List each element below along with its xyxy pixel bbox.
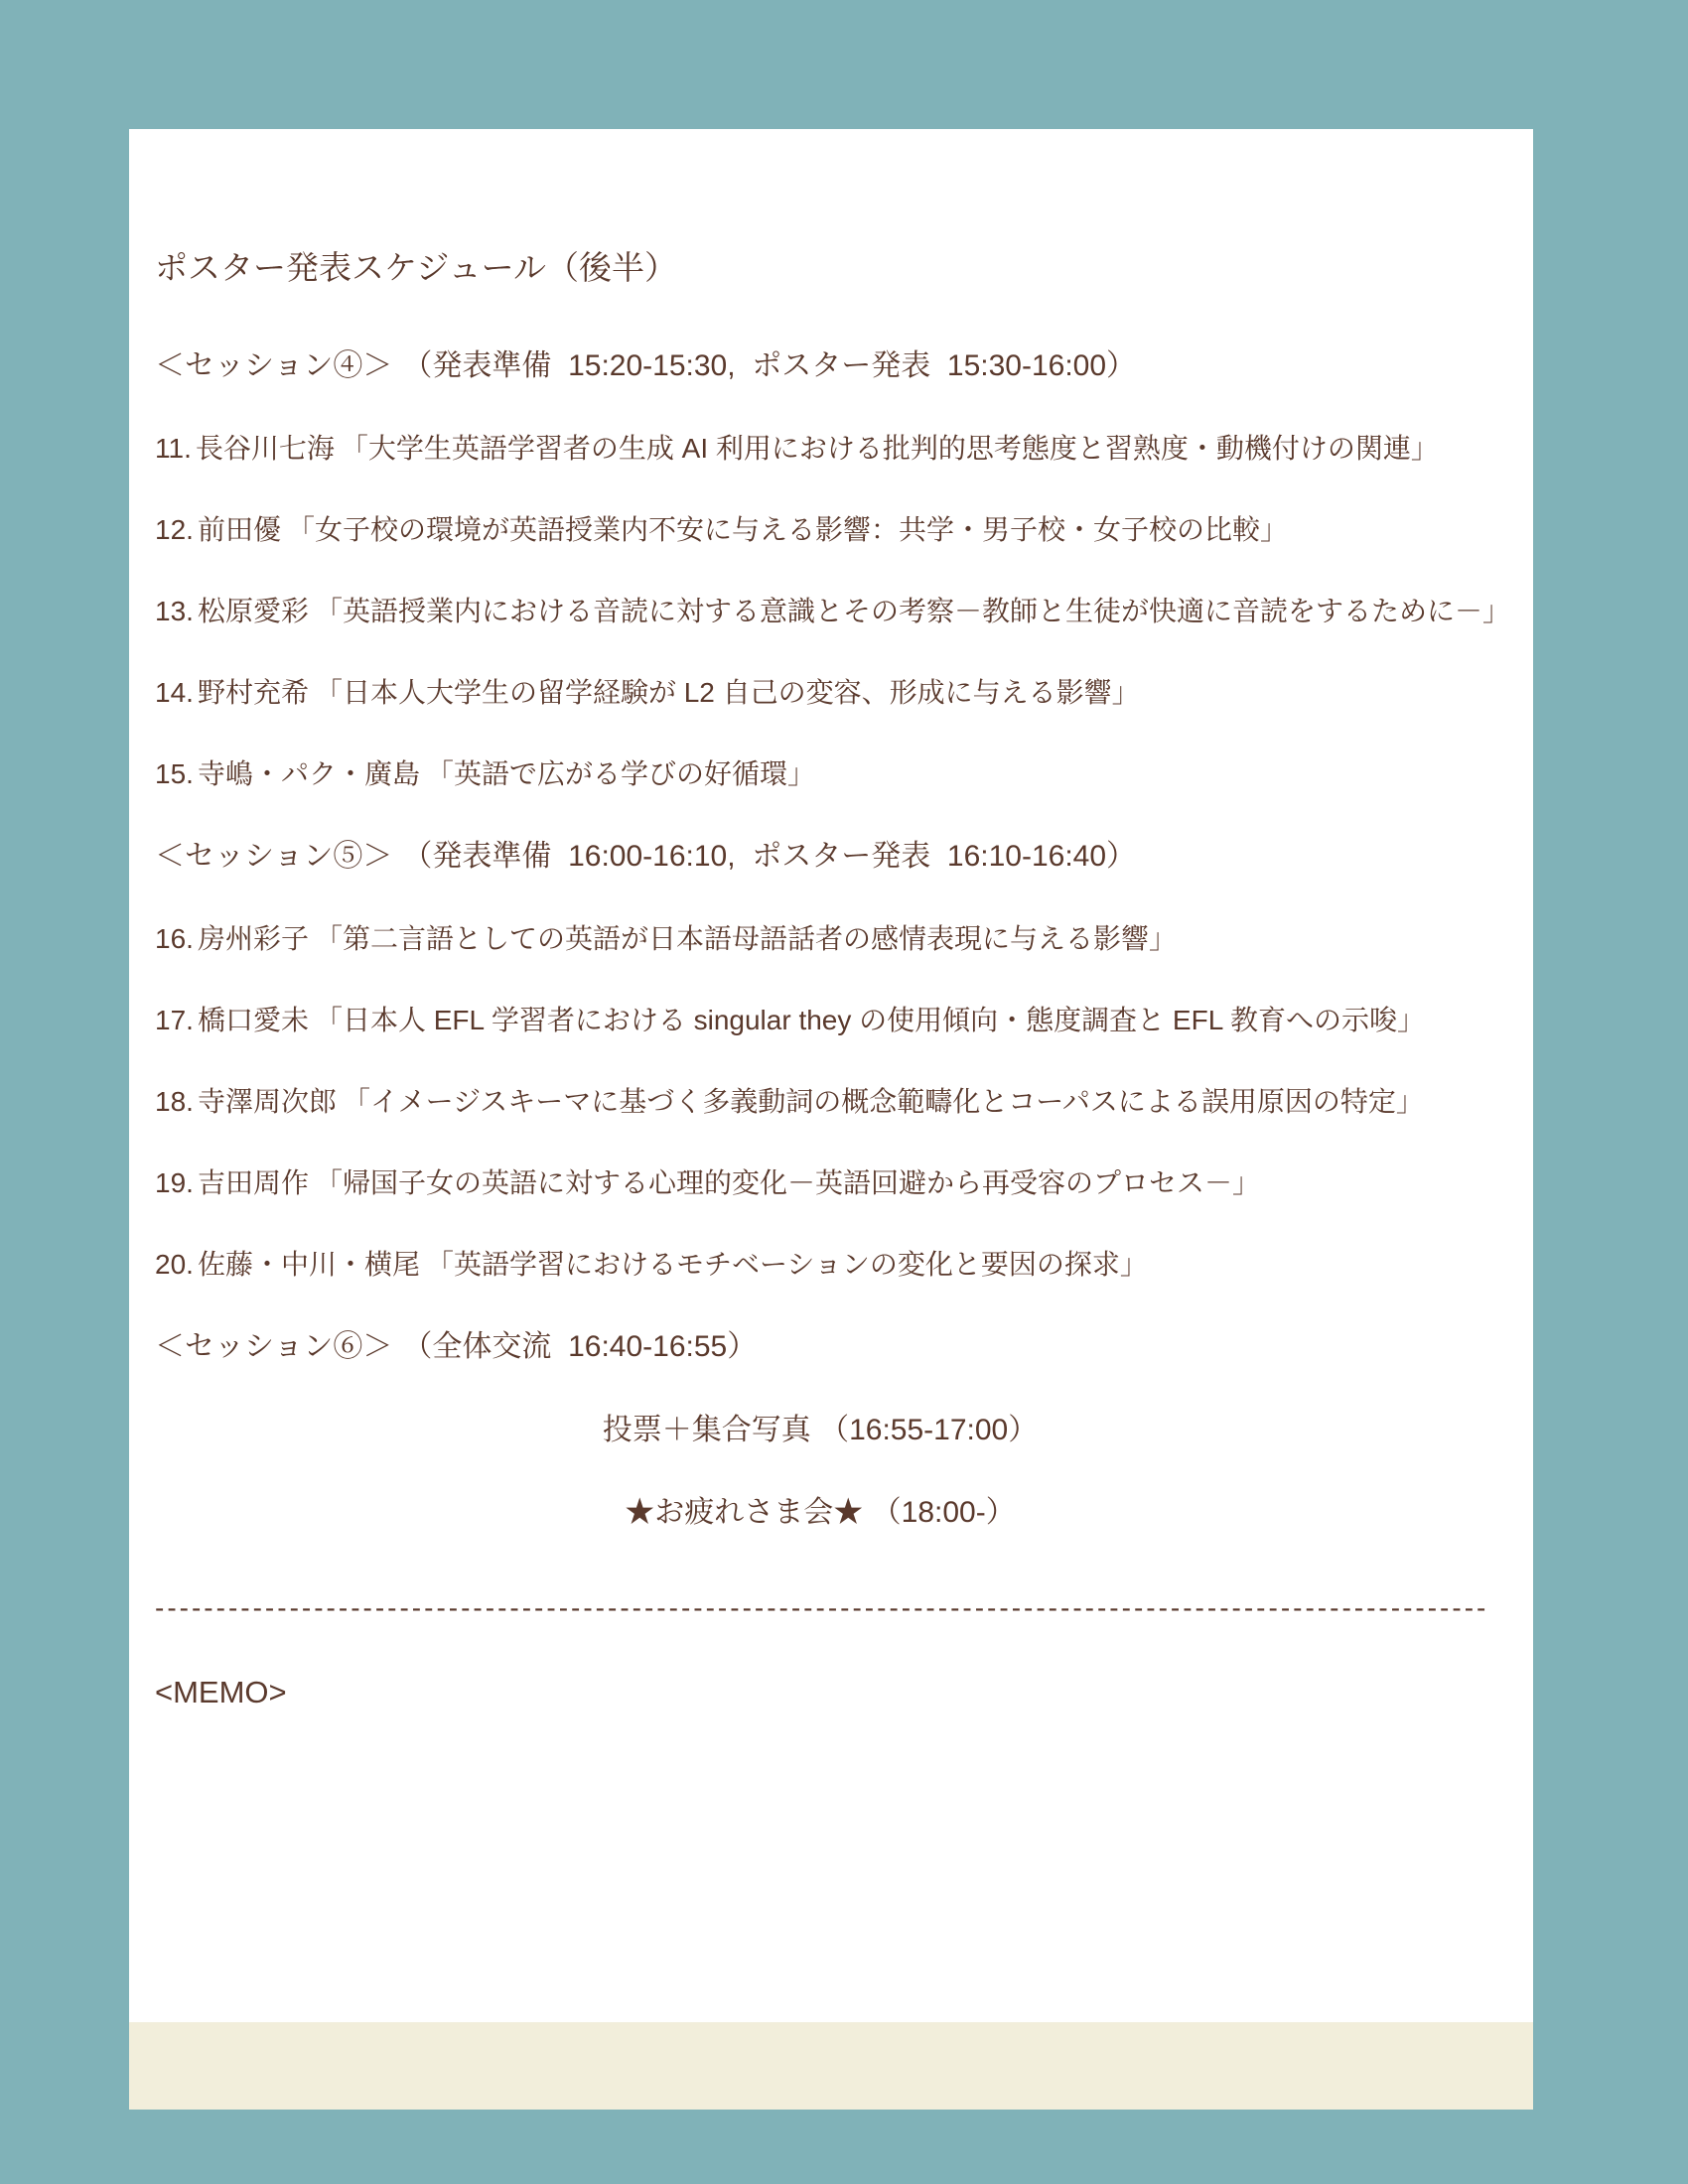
- item-number: 16.: [155, 923, 194, 954]
- page-title: ポスター発表スケジュール（後半）: [155, 246, 1485, 290]
- item-presenter: 佐藤・中川・横尾: [198, 1249, 420, 1280]
- session-4-label: ＜セッション④＞: [155, 349, 392, 382]
- item-presenter: 長谷川七海: [196, 433, 335, 464]
- item-number: 13.: [155, 596, 194, 626]
- item-presenter: 寺嶋・パク・廣島: [198, 758, 420, 789]
- item-number: 17.: [155, 1005, 194, 1035]
- session-6-label: ＜セッション⑥＞: [155, 1330, 392, 1363]
- document-content: ポスター発表スケジュール（後半） ＜セッション④＞（発表準備 15:20-15:…: [129, 129, 1533, 1713]
- item-title: 「英語で広がる学びの好循環」: [426, 758, 815, 789]
- item-presenter: 寺澤周次郎: [198, 1086, 337, 1117]
- item-presenter: 吉田周作: [198, 1167, 309, 1198]
- item-title: 「日本人大学生の留学経験が L2 自己の変容、形成に与える影響」: [315, 677, 1140, 708]
- item-title: 「第二言語としての英語が日本語母語話者の感情表現に与える影響」: [315, 923, 1177, 954]
- item-presenter: 橋口愛未: [198, 1005, 309, 1035]
- item-title: 「日本人 EFL 学習者における singular they の使用傾向・態度調…: [315, 1005, 1425, 1035]
- item-presenter: 松原愛彩: [198, 596, 309, 626]
- footer-accent-bar: [129, 2022, 1533, 2110]
- item-title: 「女子校の環境が英語授業内不安に与える影響：共学・男子校・女子校の比較」: [287, 514, 1288, 545]
- memo-label: <MEMO>: [155, 1672, 1485, 1713]
- item-title: 「帰国子女の英語に対する心理的変化－英語回避から再受容のプロセス－」: [315, 1167, 1260, 1198]
- item-presenter: 前田優: [198, 514, 281, 545]
- item-number: 19.: [155, 1167, 194, 1198]
- dashed-divider: ----------------------------------------…: [155, 1588, 1485, 1628]
- schedule-item-15: 15.寺嶋・パク・廣島「英語で広がる学びの好循環」: [155, 754, 1485, 794]
- item-title: 「英語授業内における音読に対する意識とその考察－教師と生徒が快適に音読をするため…: [315, 596, 1510, 626]
- schedule-item-13: 13.松原愛彩「英語授業内における音読に対する意識とその考察－教師と生徒が快適に…: [155, 592, 1485, 631]
- session-5-heading: ＜セッション⑤＞（発表準備 16:00-16:10, ポスター発表 16:10-…: [155, 836, 1485, 878]
- after-party-line: ★お疲れさま会★ （18:00-）: [155, 1492, 1485, 1534]
- schedule-item-18: 18.寺澤周次郎「イメージスキーマに基づく多義動詞の概念範疇化とコーパスによる誤…: [155, 1082, 1485, 1122]
- item-title: 「英語学習におけるモチベーションの変化と要因の探求」: [426, 1249, 1148, 1280]
- item-number: 20.: [155, 1249, 194, 1280]
- session-4-heading: ＜セッション④＞（発表準備 15:20-15:30, ポスター発表 15:30-…: [155, 345, 1485, 387]
- schedule-item-17: 17.橋口愛未「日本人 EFL 学習者における singular they の使…: [155, 1001, 1485, 1040]
- item-number: 15.: [155, 758, 194, 789]
- schedule-item-12: 12.前田優「女子校の環境が英語授業内不安に与える影響：共学・男子校・女子校の比…: [155, 510, 1485, 550]
- item-presenter: 房州彩子: [198, 923, 309, 954]
- schedule-item-16: 16.房州彩子「第二言語としての英語が日本語母語話者の感情表現に与える影響」: [155, 919, 1485, 959]
- item-number: 18.: [155, 1086, 194, 1117]
- session-6-times: （全体交流 16:40-16:55）: [402, 1330, 757, 1363]
- session-5-label: ＜セッション⑤＞: [155, 840, 392, 873]
- schedule-item-20: 20.佐藤・中川・横尾「英語学習におけるモチベーションの変化と要因の探求」: [155, 1245, 1485, 1285]
- document-page: ポスター発表スケジュール（後半） ＜セッション④＞（発表準備 15:20-15:…: [129, 129, 1533, 2110]
- session-5-times: （発表準備 16:00-16:10, ポスター発表 16:10-16:40）: [402, 840, 1136, 873]
- vote-photo-line: 投票＋集合写真 （16:55-17:00）: [155, 1410, 1485, 1451]
- item-title: 「大学生英語学習者の生成 AI 利用における批判的思考態度と習熟度・動機付けの関…: [341, 433, 1439, 464]
- item-number: 11.: [155, 433, 192, 464]
- item-title: 「イメージスキーマに基づく多義動詞の概念範疇化とコーパスによる誤用原因の特定」: [343, 1086, 1424, 1117]
- item-number: 14.: [155, 677, 194, 708]
- item-number: 12.: [155, 514, 194, 545]
- schedule-item-14: 14.野村充希「日本人大学生の留学経験が L2 自己の変容、形成に与える影響」: [155, 673, 1485, 713]
- session-6-heading: ＜セッション⑥＞（全体交流 16:40-16:55）: [155, 1326, 1485, 1368]
- schedule-item-19: 19.吉田周作「帰国子女の英語に対する心理的変化－英語回避から再受容のプロセス－…: [155, 1163, 1485, 1203]
- item-presenter: 野村充希: [198, 677, 309, 708]
- document-canvas: ポスター発表スケジュール（後半） ＜セッション④＞（発表準備 15:20-15:…: [0, 0, 1688, 2184]
- session-4-times: （発表準備 15:20-15:30, ポスター発表 15:30-16:00）: [402, 349, 1136, 382]
- schedule-item-11: 11.長谷川七海「大学生英語学習者の生成 AI 利用における批判的思考態度と習熟…: [155, 429, 1485, 469]
